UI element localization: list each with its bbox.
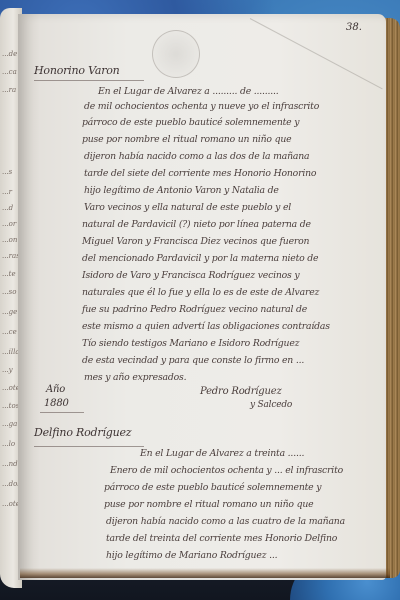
entry-line: dijeron había nacido como a las dos de l…: [84, 151, 309, 162]
margin-name-underline: [34, 80, 144, 81]
left-page-fragment: ...nd: [2, 460, 18, 468]
entry-line: párroco de este pueblo bauticé solemneme…: [82, 117, 299, 128]
left-page-fragment: ...tos: [2, 402, 19, 410]
left-page-fragment: ...or: [2, 220, 16, 228]
page-bottom-stain: [20, 568, 390, 578]
signature-line-2: y Salcedo: [250, 400, 292, 410]
entry-line: Tío siendo testigos Mariano e Isidoro Ro…: [82, 338, 299, 349]
entry-line: Varo vecinos y ella natural de este pueb…: [84, 202, 291, 213]
folio-number: 38.: [346, 22, 362, 33]
entry-line: del mencionado Pardavicil y por la mater…: [82, 253, 318, 264]
left-page-fragment: ...de: [2, 50, 17, 58]
left-page-fragment: ...d: [2, 204, 13, 212]
left-page-fragment: ...y: [2, 366, 13, 374]
left-page-fragment: ...r: [2, 188, 12, 196]
entry-line: de esta vecindad y para que conste lo fi…: [82, 355, 304, 366]
entry-line: Isidoro de Varo y Francisca Rodríguez ve…: [82, 270, 299, 281]
margin-year-label: Año: [46, 384, 65, 395]
left-page-fragment: ...te: [2, 270, 16, 278]
entry-line: hijo legítimo de Mariano Rodríguez ...: [106, 550, 277, 561]
entry-line: puse por nombre el ritual romano un niño…: [82, 134, 291, 145]
margin-name-underline: [34, 446, 144, 447]
entry-line: este mismo a quien advertí las obligacio…: [82, 321, 330, 332]
entry-line: puse por nombre el ritual romano un niño…: [104, 499, 313, 510]
entry-line: tarde del siete del corriente mes Honori…: [84, 168, 316, 179]
margin-year-underline: [40, 412, 84, 413]
left-page-fragment: ...so: [2, 288, 16, 296]
entry-line: naturales que él lo fue y ella lo es de …: [82, 287, 319, 298]
entry-line: En el Lugar de Alvarez a ......... de ..…: [98, 86, 279, 97]
margin-name-entry-2: Delfino Rodríguez: [34, 426, 131, 439]
entry-line: fue su padrino Pedro Rodríguez vecino na…: [82, 304, 307, 315]
entry-line: Miguel Varon y Francisca Diez vecinos qu…: [82, 236, 309, 247]
entry-line: hijo legítimo de Antonio Varon y Natalia…: [84, 185, 279, 196]
entry-line: de mil ochocientos ochenta y nueve yo el…: [84, 101, 319, 112]
entry-line: párroco de este pueblo bauticé solemneme…: [104, 482, 321, 493]
left-page-fragment: ...s: [2, 168, 12, 176]
embossed-seal: [152, 30, 200, 78]
left-page-fragment: ...ca: [2, 68, 17, 76]
entry-line: tarde del treinta del corriente mes Hono…: [106, 533, 337, 544]
left-page-fragment: ...ga: [2, 420, 17, 428]
entry-line: Enero de mil ochocientos ochenta y ... e…: [110, 465, 343, 476]
signature-line-1: Pedro Rodríguez: [200, 386, 282, 397]
margin-name-entry-1: Honorino Varon: [34, 64, 120, 77]
left-page-fragment: ...ce: [2, 328, 17, 336]
left-page-fragment: ...lo: [2, 440, 15, 448]
left-page-fragment: ...ra: [2, 86, 16, 94]
left-page-fragment: ...ge: [2, 308, 17, 316]
margin-year-value: 1880: [44, 398, 69, 409]
entry-line: dijeron había nacido como a las cuatro d…: [106, 516, 345, 527]
left-page-fragment: ...illa: [2, 348, 20, 356]
entry-line: natural de Pardavicil (?) nieto por líne…: [82, 219, 311, 230]
entry-line: mes y año expresados.: [84, 372, 186, 383]
left-page-fragment: ...on: [2, 236, 17, 244]
entry-line: En el Lugar de Alvarez a treinta ......: [140, 448, 304, 459]
